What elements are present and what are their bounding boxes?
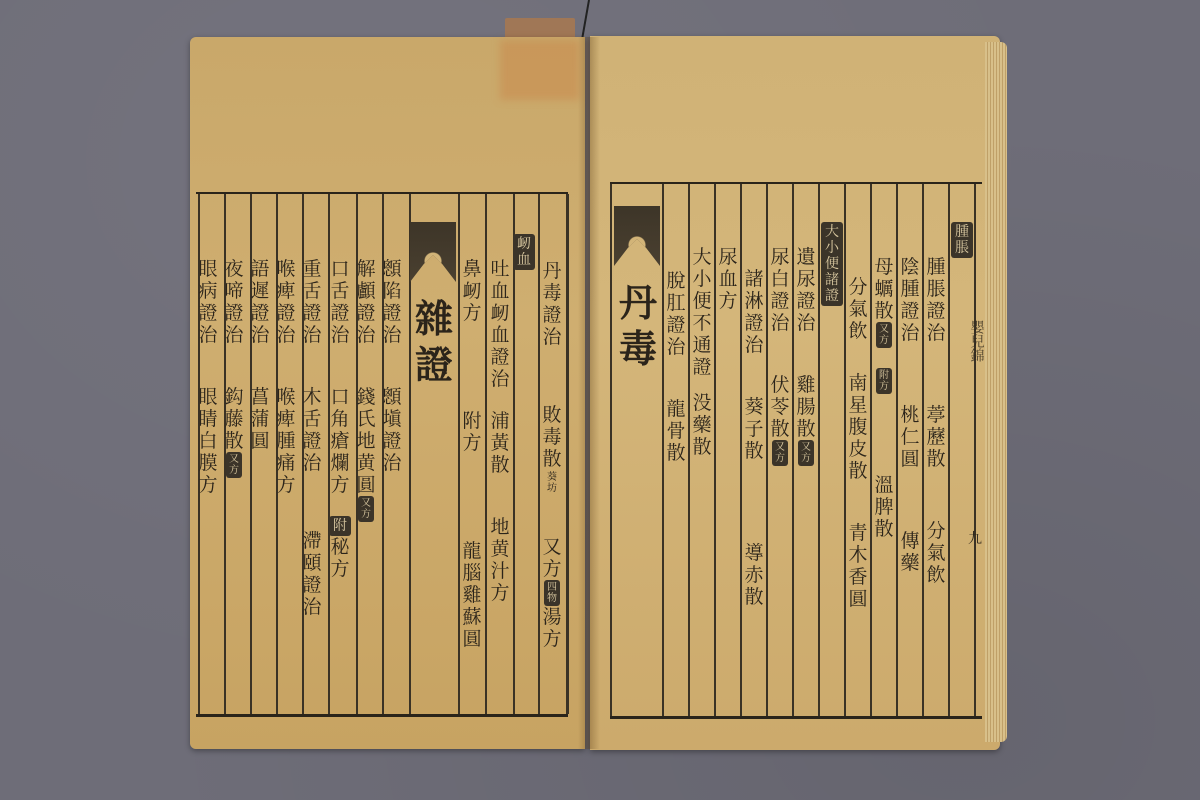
column-swelling: 腫脹證治 葶藶散 分氣飲 xyxy=(924,256,948,586)
entry-text: 陰腫證治 xyxy=(900,256,919,344)
entry-text: 眼病證治 xyxy=(198,258,217,346)
annotation-text: 葵坊 xyxy=(544,470,560,496)
entry-text: 秘方 xyxy=(330,536,349,580)
column-rule xyxy=(566,194,569,714)
entry-text: 丹毒證治 xyxy=(542,260,561,348)
variant-badge: 又方 xyxy=(358,496,374,522)
entry-text: 又方 xyxy=(542,536,561,580)
column-urinary-heading: 大小便諸證 xyxy=(820,222,844,306)
variant-badge: 又方 xyxy=(226,452,242,478)
entry-text: 龍腦雞蘇圓 xyxy=(462,540,481,650)
entry-text: 分氣飲 xyxy=(926,520,945,586)
column-swelling-heading: 腫脹 xyxy=(950,222,974,258)
entry-text: 青木香圓 xyxy=(848,522,867,610)
entry-text: 脫肛證治 xyxy=(666,270,685,358)
page-stack-edge xyxy=(985,42,1007,742)
column-rule xyxy=(610,184,612,716)
entry-text: 顖塡證治 xyxy=(382,386,401,474)
entry-text: 喉痺證治 xyxy=(276,258,295,346)
appendix-badge: 附 xyxy=(329,516,351,536)
entry-text: 雞腸散 xyxy=(796,374,815,440)
column-urinary-blockage: 大小便不通證 没藥散 xyxy=(690,246,714,458)
entry-text: 鼻衂方 xyxy=(462,258,481,324)
entry-text: 溫脾散 xyxy=(874,474,893,540)
column-strangury: 諸淋證治 葵子散 導赤散 xyxy=(742,246,766,608)
entry-text: 重舌證治 xyxy=(302,258,321,346)
section-heading: 雜證 xyxy=(415,296,453,388)
column-skull-opening: 解顱證治 錢氏地黄圓 又方 xyxy=(354,258,378,522)
entry-text: 錢氏地黄圓 xyxy=(356,386,375,496)
variant-badge: 四物 xyxy=(544,580,560,606)
entry-text: 解顱證治 xyxy=(356,258,375,346)
entry-text: 敗毒散 xyxy=(542,404,561,470)
book-spine xyxy=(578,37,600,749)
entry-text: 葵子散 xyxy=(744,396,763,462)
column-fontanelle: 顖陷證治 顖塡證治 xyxy=(380,258,404,474)
entry-text: 語遲證治 xyxy=(250,258,269,346)
entry-text: 木舌證治 xyxy=(302,386,321,474)
entry-text: 顖陷證治 xyxy=(382,258,401,346)
entry-text: 浦黃散 xyxy=(490,410,509,476)
entry-text: 大小便不通證 xyxy=(692,246,711,378)
entry-text: 没藥散 xyxy=(692,392,711,458)
entry-text: 分氣飲 xyxy=(848,276,867,342)
edge-label-text: 嬰兒錦 xyxy=(968,320,985,362)
entry-text: 諸淋證治 xyxy=(744,268,763,356)
column-nosebleed: 鼻衂方 附方 龍腦雞蘇圓 xyxy=(460,258,484,650)
entry-text: 湯方 xyxy=(542,606,561,650)
category-badge: 腫脹 xyxy=(951,222,973,258)
column-mouth-tongue: 口舌證治 口角瘡爛方 附 秘方 xyxy=(328,258,352,580)
entry-text: 口角瘡爛方 xyxy=(330,386,349,496)
entry-text: 口舌證治 xyxy=(330,258,349,346)
page-edge-title: 嬰兒錦 xyxy=(965,320,987,362)
entry-text: 遺尿證治 xyxy=(796,246,815,334)
column-delayed-speech: 語遲證治 菖蒲圓 xyxy=(248,258,272,452)
entry-text: 南星腹皮散 xyxy=(848,372,867,482)
column-eye-disease: 眼病證治 眼睛白膜方 xyxy=(196,258,220,496)
column-white-urine: 尿白證治 伏苓散 又方 xyxy=(768,246,792,466)
entry-text: 滯頤證治 xyxy=(302,530,321,618)
bookmark-tab xyxy=(505,18,575,38)
entry-text: 地黄汁方 xyxy=(490,516,509,604)
column-rule xyxy=(485,194,487,714)
column-night-crying: 夜啼證治 鈎藤散 又方 xyxy=(222,258,246,478)
column-oyster-powder: 母蠣散 又方 附方 溫脾散 xyxy=(872,256,896,540)
entry-text: 伏苓散 xyxy=(770,374,789,440)
column-hematuria: 尿血方 xyxy=(716,246,740,312)
entry-text: 尿血方 xyxy=(718,246,737,312)
category-badge: 衂血 xyxy=(513,234,535,270)
column-nosebleed-badge: 衂血 xyxy=(512,234,536,270)
entry-text: 尿白證治 xyxy=(770,246,789,334)
entry-text: 導赤散 xyxy=(744,542,763,608)
entry-text: 葶藶散 xyxy=(926,404,945,470)
variant-badge: 又方 xyxy=(772,440,788,466)
column-prolapse: 脫肛證治 龍骨散 xyxy=(664,246,688,464)
entry-text: 眼睛白膜方 xyxy=(198,386,217,496)
entry-text: 附方 xyxy=(462,410,481,454)
entry-text: 傳藥 xyxy=(900,530,919,574)
entry-text: 夜啼證治 xyxy=(224,258,243,346)
entry-text: 菖蒲圓 xyxy=(250,386,269,452)
column-erysipelas: 丹毒證治 敗毒散 葵坊 又方 四物 湯方 xyxy=(540,260,564,650)
column-hematemesis: 吐血衂血證治 浦黃散 地黄汁方 xyxy=(488,258,512,604)
column-throat: 喉痺證治 喉痺腫痛方 xyxy=(274,258,298,496)
category-badge: 大小便諸證 xyxy=(821,222,843,306)
section-title-misc: 雜證 xyxy=(410,296,458,388)
column-enuresis: 遺尿證治 雞腸散 又方 xyxy=(794,246,818,466)
variant-badge: 又方 xyxy=(876,322,892,348)
section-title-erysipelas: 丹毒 xyxy=(614,280,662,372)
entry-text: 腫脹證治 xyxy=(926,256,945,344)
entry-text: 龍骨散 xyxy=(666,398,685,464)
column-scrotal-swelling: 陰腫證治 桃仁圓 傳藥 xyxy=(898,256,922,574)
entry-text: 喉痺腫痛方 xyxy=(276,386,295,496)
column-double-tongue: 重舌證治 木舌證治 滯頤證治 xyxy=(300,258,324,618)
entry-text: 桃仁圓 xyxy=(900,404,919,470)
column-rule xyxy=(974,184,976,716)
column-qi-division: 分氣飲 南星腹皮散 青木香圓 xyxy=(846,256,870,610)
appendix-badge: 附方 xyxy=(876,368,892,394)
paper-stain xyxy=(500,40,580,100)
entry-text: 母蠣散 xyxy=(874,256,893,322)
column-rule xyxy=(948,184,950,716)
variant-badge: 又方 xyxy=(798,440,814,466)
column-rule xyxy=(513,194,515,714)
folio-number: 九 xyxy=(968,528,982,548)
entry-text: 吐血衂血證治 xyxy=(490,258,509,390)
section-heading: 丹毒 xyxy=(619,280,657,372)
entry-text: 鈎藤散 xyxy=(224,386,243,452)
